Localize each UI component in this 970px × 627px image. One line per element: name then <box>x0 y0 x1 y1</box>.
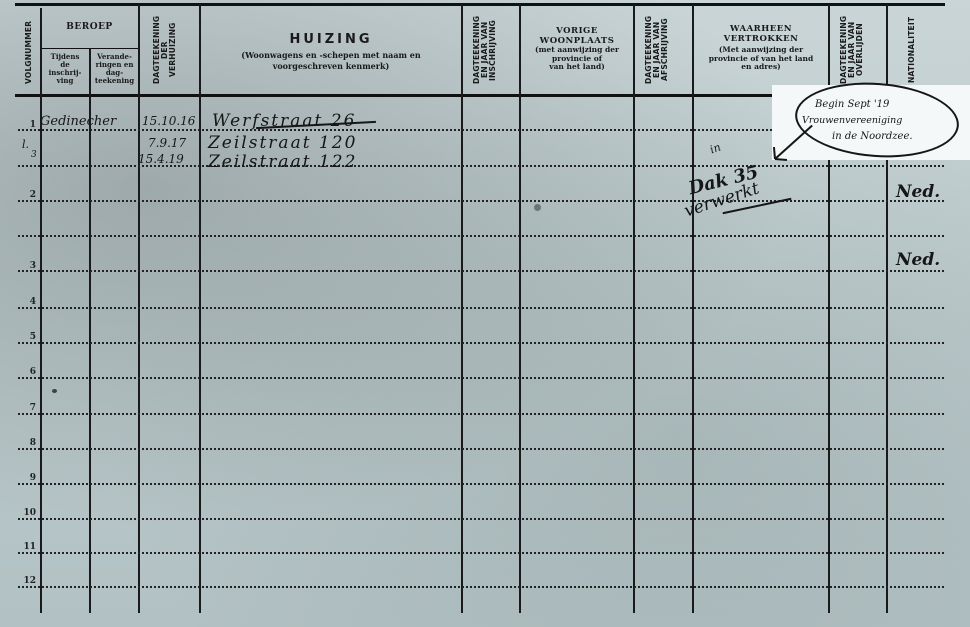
row-line-12 <box>18 586 944 588</box>
col-line-1 <box>40 8 42 613</box>
header-vorige-woonplaats: VORIGE WOONPLAATS <box>521 26 633 46</box>
verhuizing-date-2: 7.9.17 <box>148 136 186 150</box>
row-number-2: 2 <box>14 190 36 200</box>
row-line-11 <box>18 552 944 554</box>
row-line-8 <box>18 448 944 450</box>
header-volgnummer: VOLGNUMMER <box>25 12 33 92</box>
header-beroep-veranderingen: Verande- ringen en dag- teekening <box>91 53 138 85</box>
row-number-7: 7 <box>14 403 36 413</box>
header-nationaliteit: NATIONALITEIT <box>908 10 916 90</box>
nationality-row-3: Ned. <box>896 250 940 270</box>
verhuizing-date-3: 15.4.19 <box>138 152 184 166</box>
header-huizing: HUIZING <box>201 32 461 47</box>
header-dagteekening-overlijden: DAGTEEKENING EN JAAR VAN OVERLIJDEN <box>840 8 874 92</box>
register-card: VOLGNUMMER BEROEP Tijdens de inschrij- v… <box>0 0 970 627</box>
header-beroep: BEROEP <box>42 22 137 32</box>
row-number-9: 9 <box>14 473 36 483</box>
ink-dot <box>52 389 57 393</box>
row-line-3 <box>18 270 944 272</box>
address-1: Werfstraat 26 <box>212 111 356 131</box>
row-number-11: 11 <box>14 542 36 552</box>
address-2: Zeilstraat 120 <box>208 133 357 153</box>
header-dagteekening-verhuizing: DAGTEEKENING DER VERHUIZING <box>153 8 187 92</box>
row-line-2 <box>18 200 944 202</box>
header-beroep-tijdens: Tijdens de inschrij- ving <box>42 53 88 85</box>
note-arrow-head-b <box>775 158 787 161</box>
margin-mark-3: 3 <box>31 150 37 160</box>
col-line-2 <box>89 48 91 613</box>
row-number-6: 6 <box>14 367 36 377</box>
header-huizing-subtitle: (Woonwagens en -schepen met naam en voor… <box>201 50 461 72</box>
row-line-7 <box>18 413 944 415</box>
header-dagteekening-inschrijving: DAGTEEKENING EN JAAR VAN INSCHRIJVING <box>473 8 507 92</box>
nationality-row-2: Ned. <box>896 182 940 202</box>
row-line-5 <box>18 342 944 344</box>
note-line-1: Begin Sept '19 <box>815 99 889 110</box>
beroep-entry: Gedinecher <box>40 114 116 129</box>
header-waarheen-vertrokken: WAARHEEN VERTROKKEN <box>694 24 828 44</box>
header-vorige-woonplaats-subtitle: (met aanwijzing der provincie of van het… <box>521 46 633 72</box>
row-number-5: 5 <box>14 332 36 342</box>
margin-mark: l. <box>22 138 29 151</box>
top-rule <box>15 3 945 6</box>
verhuizing-date-1: 15.10.16 <box>142 114 195 128</box>
row-line-10 <box>18 518 944 520</box>
row-line-9 <box>18 483 944 485</box>
header-waarheen-subtitle: (Met aanwijzing der provincie of van het… <box>694 46 828 72</box>
address-3: Zeilstraat 122 <box>208 152 357 172</box>
row-line-2b <box>18 235 944 237</box>
header-dagteekening-afschrijving: DAGTEEKENING EN JAAR VAN AFSCHRIJVING <box>645 8 679 92</box>
ink-blot <box>534 204 541 211</box>
vertrokken-prefix: in <box>708 141 722 157</box>
row-number-8: 8 <box>14 438 36 448</box>
row-number-3: 3 <box>14 261 36 271</box>
row-line-6 <box>18 377 944 379</box>
note-line-3: in de Noordzee. <box>832 131 913 142</box>
row-number-12: 12 <box>14 576 36 586</box>
row-number-10: 10 <box>14 508 36 518</box>
note-line-2: Vrouwenvereeniging <box>802 115 902 126</box>
row-number-4: 4 <box>14 297 36 307</box>
row-line-4 <box>18 307 944 309</box>
row-number-1: 1 <box>14 120 36 130</box>
